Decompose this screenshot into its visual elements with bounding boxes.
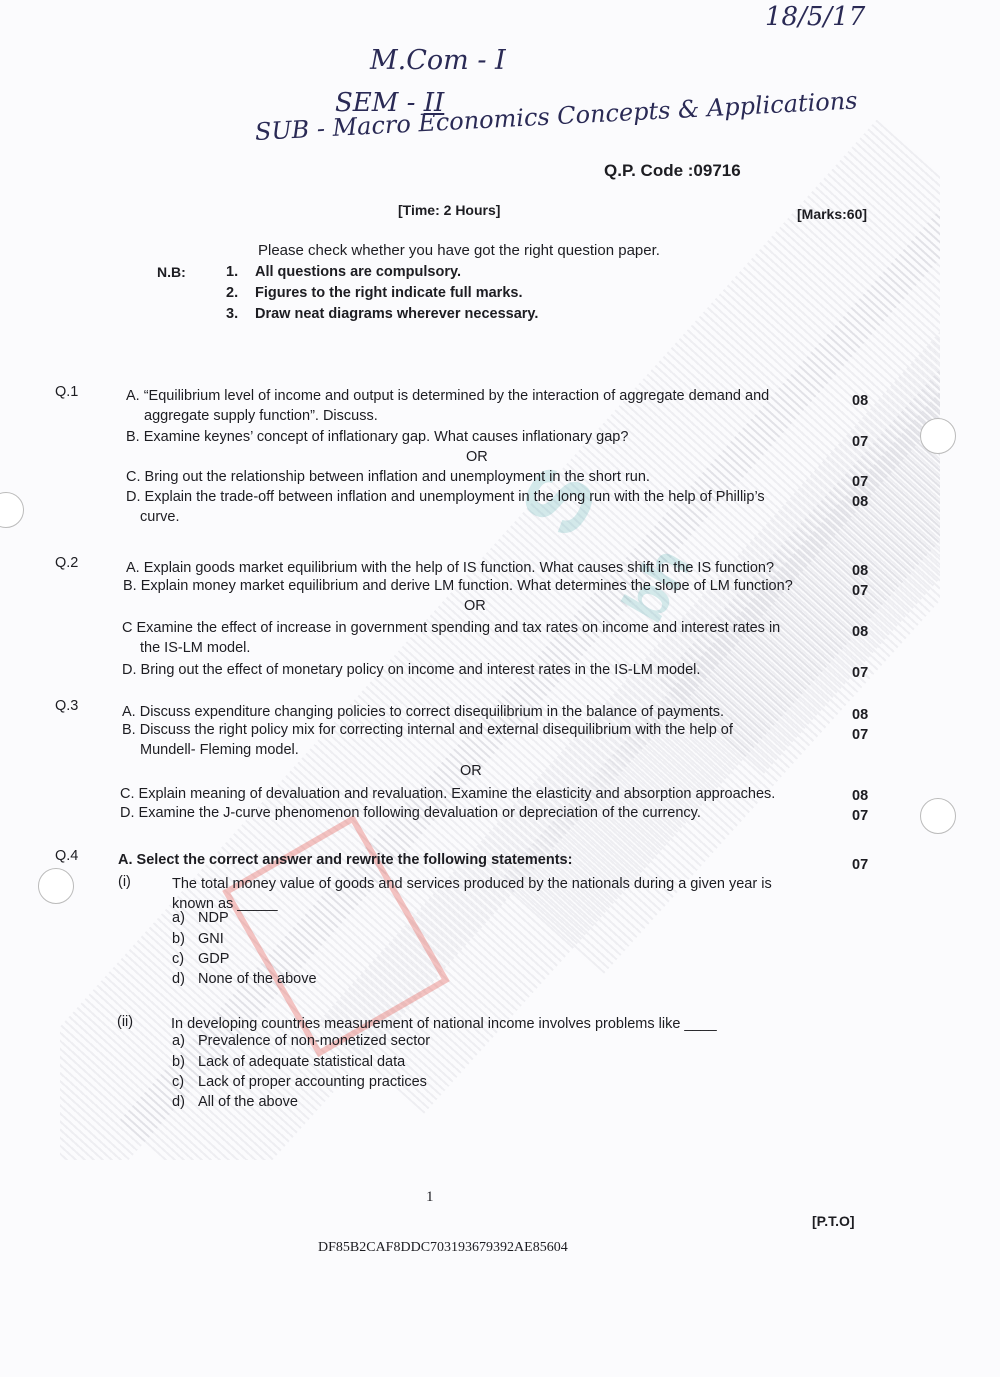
exam-paper-page: S bh 18/5/17 M.Com - I SEM - II SUB - Ma… <box>0 0 1000 1377</box>
handwritten-course: M.Com - I <box>370 45 506 76</box>
part-marks: 07 <box>852 808 868 824</box>
instructions-label: N.B: <box>157 264 186 280</box>
part-marks: 07 <box>852 474 868 490</box>
punch-hole <box>38 868 74 904</box>
part-marks: 07 <box>852 583 868 599</box>
check-notice: Please check whether you have got the ri… <box>258 242 660 259</box>
or-separator: OR <box>464 598 486 614</box>
part-marks: 07 <box>852 857 868 873</box>
instructions-list: 1.All questions are compulsory. 2.Figure… <box>226 264 538 327</box>
mcq-number: (ii) <box>117 1012 133 1032</box>
punch-hole <box>0 492 24 528</box>
question-part: A. Discuss expenditure changing policies… <box>122 702 724 722</box>
question-label: Q.2 <box>55 555 78 571</box>
question-heading: A. Select the correct answer and rewrite… <box>118 850 572 870</box>
question-label: Q.4 <box>55 848 78 864</box>
or-separator: OR <box>460 763 482 779</box>
question-part: C. Bring out the relationship between in… <box>126 467 650 487</box>
question-part: B. Examine keynes’ concept of inflationa… <box>126 427 628 447</box>
part-marks: 08 <box>852 788 868 804</box>
part-marks: 08 <box>852 393 868 409</box>
handwritten-date: 18/5/17 <box>765 2 865 32</box>
part-marks: 07 <box>852 434 868 450</box>
question-part: A. “Equilibrium level of income and outp… <box>126 386 769 426</box>
instruction-item: 2.Figures to the right indicate full mar… <box>226 285 538 306</box>
mcq-option: c)Lack of proper accounting practices <box>172 1074 427 1090</box>
exam-duration: [Time: 2 Hours] <box>398 202 500 218</box>
part-marks: 07 <box>852 665 868 681</box>
question-part: D. Explain the trade-off between inflati… <box>126 487 765 527</box>
total-marks: [Marks:60] <box>797 206 867 222</box>
question-part: B. Discuss the right policy mix for corr… <box>122 720 733 760</box>
punch-hole <box>920 418 956 454</box>
mcq-stem: The total money value of goods and servi… <box>172 874 772 914</box>
mcq-number: (i) <box>118 872 131 892</box>
mcq-option: a)NDP <box>172 910 229 926</box>
page-number: 1 <box>426 1189 434 1206</box>
paper-hash: DF85B2CAF8DDC703193679392AE85604 <box>318 1240 568 1256</box>
question-label: Q.3 <box>55 698 78 714</box>
mcq-option: d)None of the above <box>172 971 317 987</box>
instruction-item: 1.All questions are compulsory. <box>226 264 538 285</box>
mcq-option: b)Lack of adequate statistical data <box>172 1054 405 1070</box>
question-part: B. Explain money market equilibrium and … <box>123 576 793 596</box>
mcq-option: a)Prevalence of non-monetized sector <box>172 1033 430 1049</box>
question-part: C. Explain meaning of devaluation and re… <box>120 784 775 804</box>
mcq-option: b)GNI <box>172 931 224 947</box>
mcq-option: d)All of the above <box>172 1094 298 1110</box>
part-marks: 08 <box>852 563 868 579</box>
mcq-option: c)GDP <box>172 951 229 967</box>
question-part: C Examine the effect of increase in gove… <box>122 618 780 658</box>
question-part: D. Examine the J-curve phenomenon follow… <box>120 803 701 823</box>
part-marks: 08 <box>852 494 868 510</box>
question-part: A. Explain goods market equilibrium with… <box>126 558 774 578</box>
part-marks: 08 <box>852 707 868 723</box>
or-separator: OR <box>466 449 488 465</box>
part-marks: 07 <box>852 727 868 743</box>
please-turn-over: [P.T.O] <box>812 1213 855 1229</box>
punch-hole <box>920 798 956 834</box>
mcq-stem: In developing countries measurement of n… <box>171 1014 717 1034</box>
part-marks: 08 <box>852 624 868 640</box>
question-label: Q.1 <box>55 384 78 400</box>
instruction-item: 3.Draw neat diagrams wherever necessary. <box>226 306 538 327</box>
qp-code: Q.P. Code :09716 <box>604 161 741 181</box>
question-part: D. Bring out the effect of monetary poli… <box>122 660 700 680</box>
